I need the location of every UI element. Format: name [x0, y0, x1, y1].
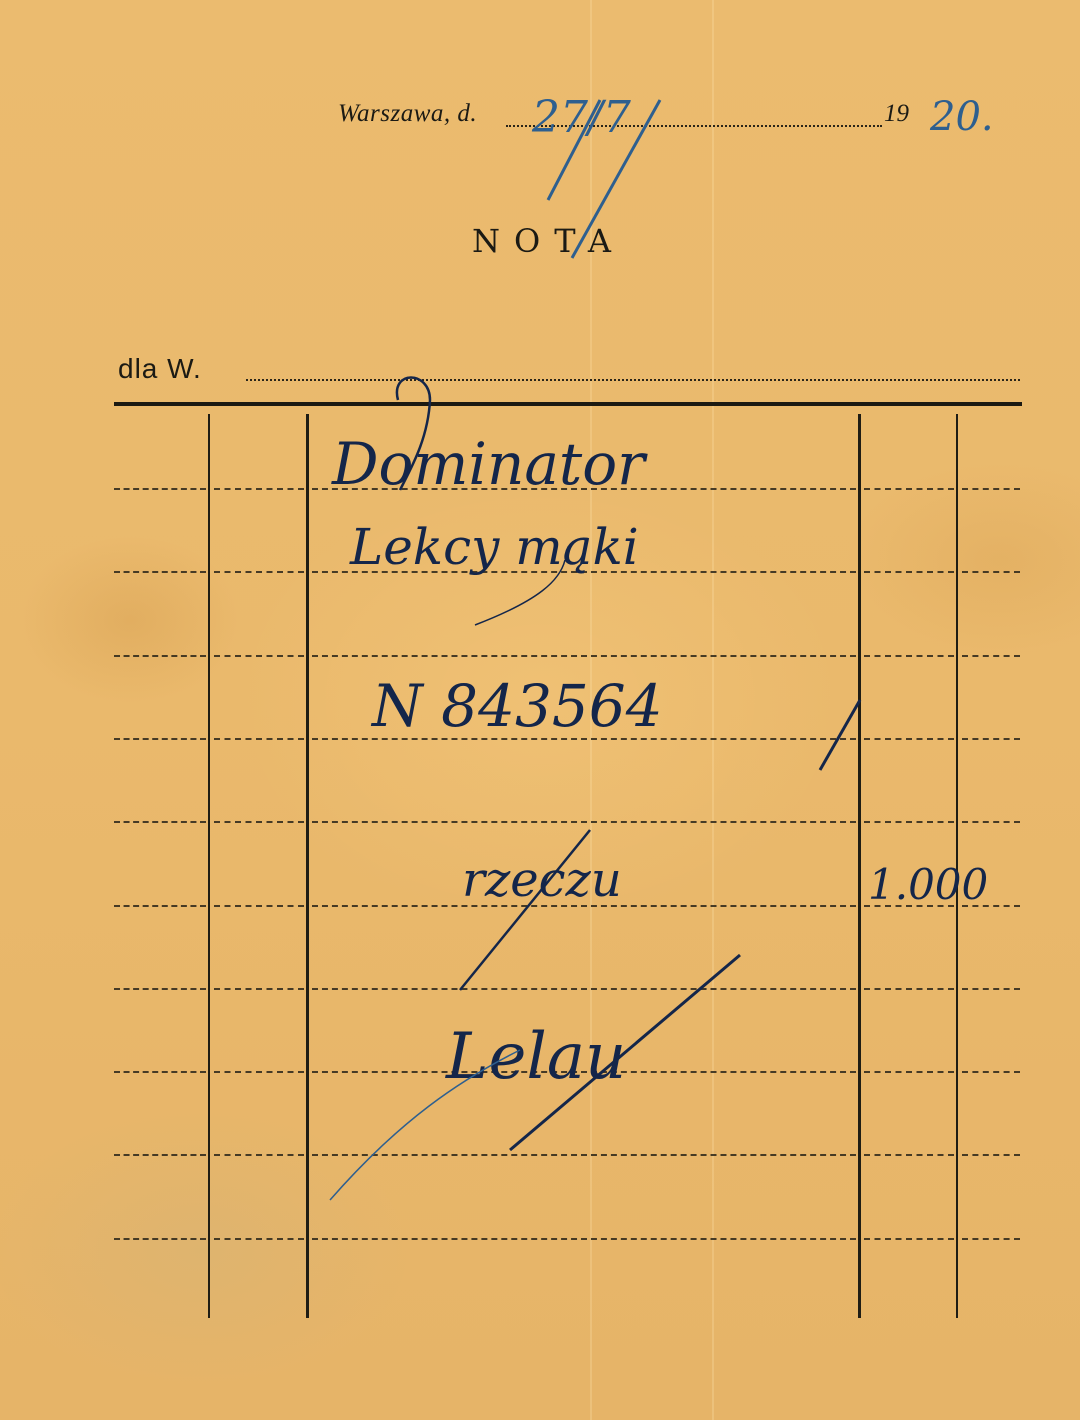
table-row-line	[962, 738, 1020, 740]
table-row-line	[114, 738, 206, 740]
handwritten-amount: 1.000	[868, 860, 988, 909]
table-row-line	[214, 905, 304, 907]
table-row-line	[312, 1238, 856, 1240]
year-prefix: 19	[884, 100, 909, 128]
handwritten-signature: Lelau	[446, 1020, 626, 1094]
table-row-line	[214, 655, 304, 657]
table-row-line	[214, 988, 304, 990]
recipient-dotted-line	[246, 379, 1020, 381]
table-row-line	[114, 988, 206, 990]
table-row-line	[864, 1071, 954, 1073]
table-row-line	[312, 821, 856, 823]
recipient-label: dla W.	[118, 353, 202, 385]
place-label: Warszawa, d.	[338, 100, 477, 128]
table-row-line	[214, 488, 304, 490]
table-row-line	[962, 1154, 1020, 1156]
table-row-line	[312, 655, 856, 657]
table-row-line	[962, 571, 1020, 573]
table-row-line	[864, 988, 954, 990]
table-row-line	[114, 1154, 206, 1156]
table-row-line	[864, 1154, 954, 1156]
table-row-line	[962, 488, 1020, 490]
table-row-line	[864, 655, 954, 657]
page-title: NOTA	[472, 222, 625, 260]
table-row-line	[864, 571, 954, 573]
table-row-line	[864, 488, 954, 490]
table-row-line	[312, 988, 856, 990]
table-row-line	[864, 821, 954, 823]
table-row-line	[114, 905, 206, 907]
table-row-line	[114, 1071, 206, 1073]
table-row-line	[962, 1238, 1020, 1240]
table-row-line	[114, 1238, 206, 1240]
table-row-line	[114, 655, 206, 657]
table-row-line	[214, 1154, 304, 1156]
handwritten-year: 20.	[930, 94, 994, 140]
column-divider	[208, 414, 210, 1318]
handwritten-line-3: N 843564	[372, 672, 663, 740]
column-divider	[858, 414, 861, 1318]
table-row-line	[114, 571, 206, 573]
table-row-line	[962, 1071, 1020, 1073]
table-row-line	[114, 488, 206, 490]
table-row-line	[962, 821, 1020, 823]
handwritten-line-2: Lekcy mąki	[350, 518, 639, 576]
table-row-line	[214, 1238, 304, 1240]
paper-fold	[712, 0, 714, 1420]
handwritten-line-1: Dominator	[332, 430, 645, 498]
table-top-rule	[114, 402, 1022, 406]
table-row-line	[312, 1154, 856, 1156]
table-row-line	[114, 821, 206, 823]
handwritten-date: 27/7	[532, 92, 631, 143]
table-row-line	[864, 738, 954, 740]
table-row-line	[214, 571, 304, 573]
table-row-line	[962, 988, 1020, 990]
table-row-line	[214, 738, 304, 740]
table-row-line	[214, 1071, 304, 1073]
column-divider	[306, 414, 309, 1318]
table-row-line	[214, 821, 304, 823]
table-row-line	[864, 1238, 954, 1240]
handwritten-line-4: rzeczu	[462, 852, 622, 908]
table-row-line	[962, 655, 1020, 657]
